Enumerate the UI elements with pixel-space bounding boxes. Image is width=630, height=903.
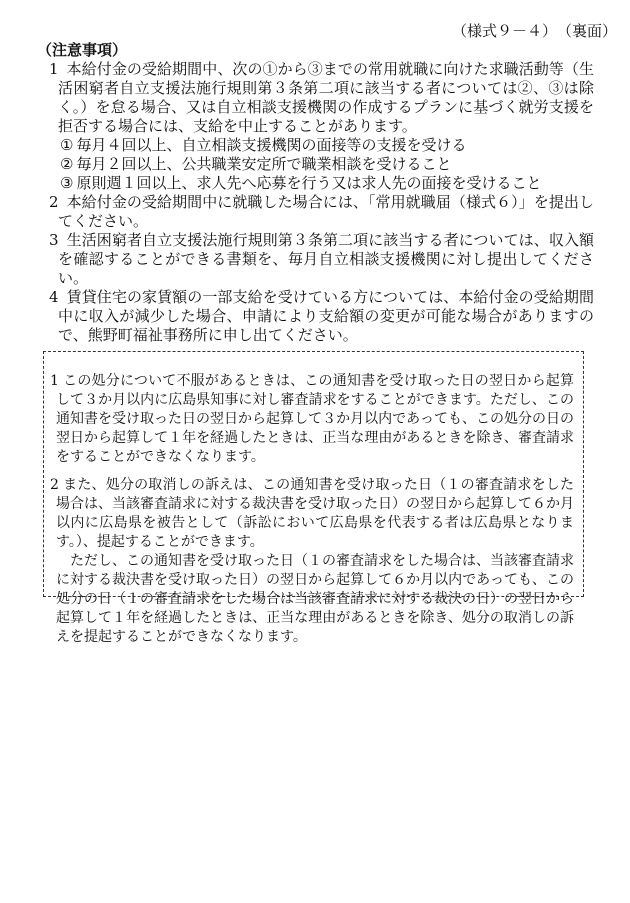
appeal-item-1-text: この処分について不服があるときは、この通知書を受け取った日の翌日から起算して３か… <box>56 373 574 465</box>
note-sub-item-2: ②毎月２回以上、公共職業安定所で職業相談を受けること <box>37 155 594 174</box>
appeal-item-2-paragraph-2: ただし、この通知書を受け取った日（１の審査請求をした場合は、当該審査請求に対する… <box>56 552 574 647</box>
appeal-item-1-paragraph: 1この処分について不服があるときは、この通知書を受け取った日の翌日から起算して３… <box>56 372 574 467</box>
appeal-item-2-number: 2 <box>50 477 59 493</box>
note-item-3: 3生活困窮者自立支援法施行規則第３条第二項に該当する者については、収入額を確認す… <box>37 231 594 288</box>
note-item-4-text: 賃貸住宅の家賃額の一部支給を受けている方については、本給付金の受給期間中に収入が… <box>58 288 594 344</box>
note-item-1-text: 本給付金の受給期間中、次の①から③までの常用就職に向けた求職活動等（生活困窮者自… <box>58 60 594 135</box>
note-sub-item-2-text: 毎月２回以上、公共職業安定所で職業相談を受けること <box>76 155 451 173</box>
appeal-item-2: 2また、処分の取消しの訴えは、この通知書を受け取った日（１の審査請求をした場合は… <box>56 476 574 647</box>
notes-title: （注意事項） <box>37 41 594 60</box>
appeal-item-1-number: 1 <box>50 373 59 389</box>
circled-3-marker: ③ <box>60 174 73 192</box>
appeal-item-2-paragraph-1: 2また、処分の取消しの訴えは、この通知書を受け取った日（１の審査請求をした場合は… <box>56 476 574 552</box>
note-item-2-text: 本給付金の受給期間中に就職した場合には、「常用就職届（様式６）」を提出してくださ… <box>58 193 594 230</box>
note-item-1: 1本給付金の受給期間中、次の①から③までの常用就職に向けた求職活動等（生活困窮者… <box>37 60 594 136</box>
notes-section: （注意事項） 1本給付金の受給期間中、次の①から③までの常用就職に向けた求職活動… <box>37 41 594 345</box>
note-sub-item-1: ①毎月４回以上、自立相談支援機関の面接等の支援を受ける <box>37 136 594 155</box>
note-item-1-number: 1 <box>49 60 59 78</box>
note-item-2-number: 2 <box>49 193 59 211</box>
note-sub-item-1-text: 毎月４回以上、自立相談支援機関の面接等の支援を受ける <box>76 136 466 154</box>
appeal-item-1: 1この処分について不服があるときは、この通知書を受け取った日の翌日から起算して３… <box>56 372 574 467</box>
note-item-3-number: 3 <box>49 231 59 249</box>
note-item-3-text: 生活困窮者自立支援法施行規則第３条第二項に該当する者については、収入額を確認する… <box>58 231 594 287</box>
form-number-label: （様式９－４） （裏面） <box>452 22 617 41</box>
appeal-rights-box: 1この処分について不服があるときは、この通知書を受け取った日の翌日から起算して３… <box>43 351 584 597</box>
circled-2-marker: ② <box>60 155 73 173</box>
note-item-4-number: 4 <box>49 288 59 306</box>
note-sub-item-3-text: 原則週１回以上、求人先へ応募を行う又は求人先の面接を受けること <box>76 174 541 192</box>
circled-1-marker: ① <box>60 136 73 154</box>
appeal-item-2-text: また、処分の取消しの訴えは、この通知書を受け取った日（１の審査請求をした場合は、… <box>56 477 574 550</box>
note-sub-item-3: ③原則週１回以上、求人先へ応募を行う又は求人先の面接を受けること <box>37 174 594 193</box>
note-item-2: 2本給付金の受給期間中に就職した場合には、「常用就職届（様式６）」を提出してくだ… <box>37 193 594 231</box>
document-page: （様式９－４） （裏面） （注意事項） 1本給付金の受給期間中、次の①から③まで… <box>0 0 630 903</box>
note-item-4: 4賃貸住宅の家賃額の一部支給を受けている方については、本給付金の受給期間中に収入… <box>37 288 594 345</box>
